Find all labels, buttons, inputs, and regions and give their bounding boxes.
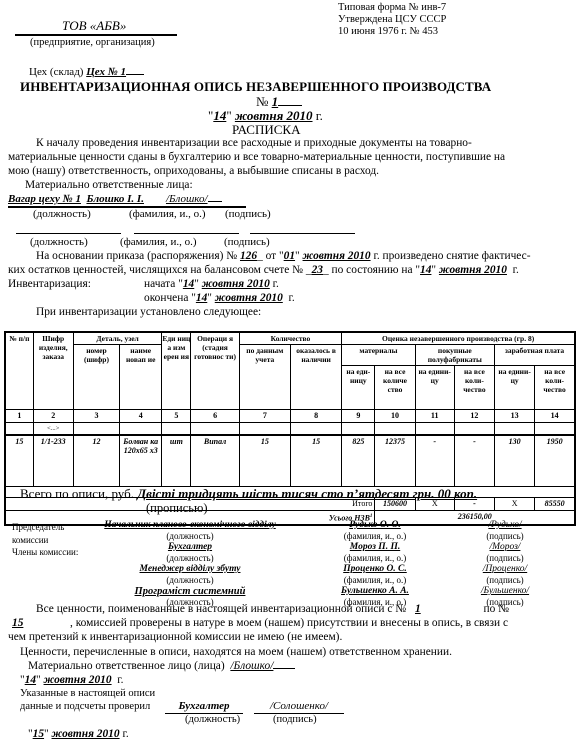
- member-position: Програміст системний: [100, 586, 280, 597]
- number-value: 1: [272, 94, 279, 109]
- column-number: 11: [415, 410, 454, 423]
- resp-date-suffix: г.: [117, 674, 123, 686]
- closing-text-2: , комиссией проверены в натуре в моем (н…: [70, 617, 508, 629]
- order-number: 126: [240, 250, 257, 262]
- table-cell: 130: [495, 435, 535, 487]
- member-signature: /Бульшенко/: [460, 586, 550, 596]
- table-cell: -: [415, 435, 454, 487]
- column-number: 12: [454, 410, 494, 423]
- table-row: 151/1-23312Болван ка 120х65 х3штВипал151…: [5, 435, 575, 487]
- member-signature: /Проценко/: [460, 564, 550, 574]
- caption-position-1: (должность): [33, 208, 91, 220]
- col-header-unit: Еди ниц а изм ерен ия: [162, 332, 191, 410]
- caption-name: (фамилия, и., о.): [330, 575, 420, 585]
- col-header-evaluation: Оценка незавершенного производства (гр. …: [342, 332, 575, 345]
- caption-signature: (подпись): [460, 553, 550, 563]
- table-cell: 12375: [375, 435, 415, 487]
- inventory-started: начата "14" жовтня 2010 г.: [144, 278, 279, 290]
- finished-label: окончена ": [144, 292, 196, 304]
- column-number: 6: [191, 410, 239, 423]
- table-cell: 12: [73, 435, 119, 487]
- member-name: Бульшенко А. А.: [330, 586, 420, 596]
- column-number: 7: [239, 410, 290, 423]
- caption-name: (фамилия, и., о.): [330, 553, 420, 563]
- order-account: 23: [312, 264, 323, 276]
- resp-date-day: 14: [25, 674, 36, 686]
- column-number: 13: [495, 410, 535, 423]
- caption-position: (должность): [100, 575, 280, 585]
- col-header-detail-number: номер (шифр): [73, 345, 119, 410]
- state-day: 14: [420, 264, 431, 276]
- closing-line-1: Все ценности, поименованные в настоящей …: [36, 603, 509, 615]
- chairman-label-2: комиссии: [12, 535, 48, 545]
- column-number: 10: [375, 410, 415, 423]
- responsible-label: Материально ответственные лица:: [25, 179, 193, 191]
- blank-name-line: [134, 233, 239, 234]
- resp-date-month-year: жовтня 2010: [44, 674, 112, 686]
- end-month-year: жовтня 2010: [215, 292, 283, 304]
- col-header-materials: материалы: [342, 345, 415, 366]
- workshop-label: Цех (склад): [29, 66, 83, 78]
- member-name: Рудько О. О.: [330, 520, 420, 530]
- final-date: "15" жовтня 2010 г.: [28, 728, 129, 740]
- col-header-wage-unit: на едини- цу: [495, 366, 535, 410]
- member-signature: /Рудько/: [460, 520, 550, 530]
- total-words-row: Всего по описи, руб. Двісті тридцять шіс…: [20, 486, 477, 502]
- resp-date: "14" жовтня 2010 г.: [20, 674, 124, 686]
- table-cell: Випал: [191, 435, 239, 487]
- responsible-name: Блошко І. І.: [86, 193, 144, 205]
- closing-line-2: 15, комиссией проверены в натуре в моем …: [8, 617, 508, 629]
- col-header-semi-all: на все коли- чество: [454, 366, 494, 410]
- col-header-semi-products: покупные полуфабрикаты: [415, 345, 494, 366]
- organization-caption: (предприятие, организация): [30, 37, 155, 48]
- receipt-text-1: К началу проведения инвентаризации все р…: [36, 137, 472, 149]
- total-wages: 85550: [535, 498, 575, 511]
- caption-signature-1: (подпись): [225, 208, 271, 220]
- member-position: Менеджер відділу збуту: [100, 564, 280, 574]
- start-day: 14: [183, 278, 194, 290]
- table-cell: Болван ка 120х65 х3: [120, 435, 162, 487]
- workshop-line: Цех (склад) Цех № 1: [29, 66, 144, 78]
- col-header-mat-unit: на еди- ницу: [342, 366, 375, 410]
- col-header-operation: Операци я (стадия готовнос ти): [191, 332, 239, 410]
- table-cell: 1/1-233: [33, 435, 73, 487]
- caption-name-1: (фамилия, и., о.): [129, 208, 206, 220]
- responsible-signature: /Блошко/: [166, 193, 208, 205]
- inventory-label: Инвентаризация:: [8, 278, 91, 290]
- closing-from: 1: [409, 603, 475, 615]
- inventory-finished: окончена "14" жовтня 2010 г.: [144, 292, 295, 304]
- resp-signature: /Блошко/: [230, 660, 273, 672]
- table-cell: 15: [5, 435, 33, 487]
- col-header-detail: Деталь, узел: [73, 332, 161, 345]
- organization-underline: [15, 34, 177, 36]
- column-number: 5: [162, 410, 191, 423]
- caption-signature-2: (подпись): [224, 236, 270, 248]
- members-label: Члены комиссии:: [12, 547, 78, 557]
- checked-line-2: данные и подсчеты проверил: [20, 701, 150, 712]
- resp-label: Материально ответственное лицо (лица): [28, 660, 225, 672]
- final-date-month-year: жовтня 2010: [52, 728, 120, 740]
- order-line-2: ких остатков ценностей, числящихся на ба…: [8, 264, 519, 276]
- table-cell: 15: [290, 435, 341, 487]
- col-header-npp: № п/п: [5, 332, 33, 410]
- marker-row: <...>: [5, 423, 575, 436]
- table-cell: шт: [162, 435, 191, 487]
- total-wage-unit: X: [495, 498, 535, 511]
- marker: <...>: [33, 423, 73, 436]
- col-header-wages: заработная плата: [495, 345, 575, 366]
- caption-signature: (подпись): [460, 575, 550, 585]
- established-text: При инвентаризации установлено следующее…: [36, 306, 261, 318]
- blank-signature-line: [250, 233, 355, 234]
- col-header-code: Шифр изделия, заказа: [33, 332, 73, 410]
- col-header-quantity: Количество: [239, 332, 342, 345]
- total-words-caption: (прописью): [146, 501, 207, 516]
- order-line-1: На основании приказа (распоряжения) № 12…: [36, 250, 531, 262]
- table-cell: 15: [239, 435, 290, 487]
- responsible-position: Вагар цеху № 1: [8, 193, 81, 205]
- column-number: 4: [120, 410, 162, 423]
- column-number: 2: [33, 410, 73, 423]
- column-number: 9: [342, 410, 375, 423]
- col-header-semi-unit: на едини- цу: [415, 366, 454, 410]
- caption-position: (должность): [100, 531, 280, 541]
- caption-name: (фамилия, и., о.): [330, 531, 420, 541]
- table-cell: 1950: [535, 435, 575, 487]
- blank-position-line: [16, 233, 121, 234]
- start-month-year: жовтня 2010: [202, 278, 270, 290]
- caption-signature: (подпись): [460, 531, 550, 541]
- receipt-text-3: мою (нашу) ответственность, оприходованы…: [8, 165, 379, 177]
- checked-line-1: Указанные в настоящей описи: [20, 688, 155, 699]
- col-header-mat-all: на все количе ство: [375, 366, 415, 410]
- checker-position: Бухгалтер: [165, 700, 243, 712]
- receipt-title: РАСПИСКА: [232, 122, 301, 138]
- checker-caption-signature: (подпись): [273, 714, 317, 725]
- date-suffix: г.: [316, 108, 323, 123]
- member-name: Мороз П. П.: [330, 542, 420, 552]
- closing-text-1: Все ценности, поименованные в настоящей …: [36, 603, 406, 615]
- resp-row: Материально ответственное лицо (лица) /Б…: [28, 660, 295, 672]
- member-signature: /Мороз/: [460, 542, 550, 552]
- receipt-text-2: материальные ценности сданы в бухгалтери…: [8, 151, 505, 163]
- order-month-year: жовтня 2010: [303, 250, 371, 262]
- total-words-value: Двісті тридцять шість тисяч сто п’ятдеся…: [137, 486, 477, 501]
- member-position: Бухгалтер: [100, 542, 280, 552]
- table-cell: 825: [342, 435, 375, 487]
- closing-line-4: Ценности, перечисленные в описи, находят…: [20, 646, 452, 658]
- checker-caption-position: (должность): [185, 714, 240, 725]
- member-position: Начальник планово-економічного відділу: [100, 520, 280, 530]
- total-words-label: Всего по описи, руб.: [20, 486, 134, 501]
- date-month-year: жовтня 2010: [235, 108, 313, 123]
- order-from: от ": [266, 250, 284, 262]
- caption-position-2: (должность): [30, 236, 88, 248]
- final-date-day: 15: [33, 728, 44, 740]
- column-numbers-row: 1234567891011121314: [5, 410, 575, 423]
- state-month-year: жовтня 2010: [439, 264, 507, 276]
- form-line-3: 10 июня 1976 г. № 453: [338, 26, 438, 37]
- order-state-text: по состоянию на ": [332, 264, 420, 276]
- col-header-qty-actual: оказалось в наличии: [290, 345, 341, 410]
- number-label: №: [256, 94, 268, 109]
- organization-name: ТОВ «АБВ»: [62, 18, 126, 34]
- end-day: 14: [196, 292, 207, 304]
- col-header-detail-name: наиме новап ие: [120, 345, 162, 410]
- form-line-2: Утверждена ЦСУ СССР: [338, 14, 446, 25]
- table-cell: -: [454, 435, 494, 487]
- order-text: На основании приказа (распоряжения) №: [36, 250, 237, 262]
- document-title: ИНВЕНТАРИЗАЦИОННАЯ ОПИСЬ НЕЗАВЕРШЕННОГО …: [20, 79, 491, 95]
- column-number: 14: [535, 410, 575, 423]
- responsible-row: Вагар цеху № 1 Блошко І. І. /Блошко/: [8, 193, 222, 205]
- order-account-text: ких остатков ценностей, числящихся на ба…: [8, 264, 303, 276]
- order-text-2: г. произведено снятие фактичес-: [373, 250, 530, 262]
- caption-name-2: (фамилия, и., о.): [120, 236, 197, 248]
- column-number: 8: [290, 410, 341, 423]
- column-number: 3: [73, 410, 119, 423]
- column-number: 1: [5, 410, 33, 423]
- closing-line-3: чем претензий к инвентаризационной комис…: [8, 631, 342, 643]
- member-name: Проценко О. С.: [330, 564, 420, 574]
- checker-signature: /Солошенко/: [254, 700, 344, 712]
- closing-to: 15: [8, 617, 70, 629]
- closing-to-label: по №: [484, 603, 510, 615]
- col-header-qty-accounting: по данным учета: [239, 345, 290, 410]
- final-date-suffix: г.: [122, 728, 128, 740]
- date-day: 14: [213, 108, 226, 123]
- caption-position: (должность): [100, 553, 280, 563]
- order-day: 01: [284, 250, 295, 262]
- chairman-label-1: Председатель: [12, 522, 64, 532]
- form-line-1: Типовая форма № инв-7: [338, 2, 446, 13]
- started-label: начата ": [144, 278, 183, 290]
- workshop-value: Цех № 1: [86, 66, 126, 78]
- col-header-wage-all: на все коли- чество: [535, 366, 575, 410]
